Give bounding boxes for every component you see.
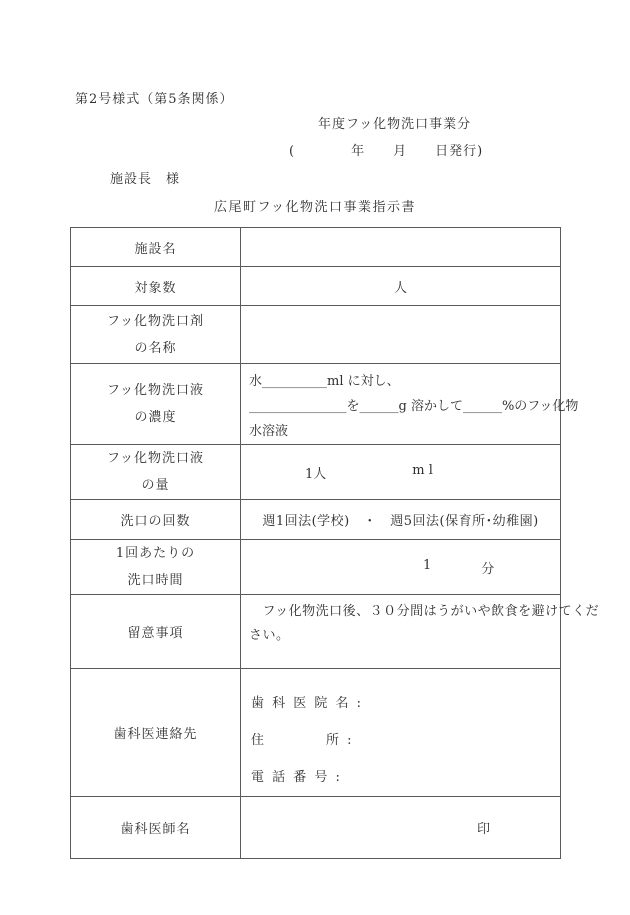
agent-name-field [241,306,561,364]
row-rinse-frequency: 洗口の回数 週1回法(学校) ・ 週5回法(保育所･幼稚園) [71,500,561,540]
row-target-count: 対象数 人 [71,267,561,306]
concentration-line2: _______________を______g 溶かして______%のフッ化物 [249,394,554,419]
notes-field: フッ化物洗口後、３０分間はうがいや飲食を避けてくだ さい。 [241,595,561,669]
fiscal-year-line: 年度フッ化物洗口事業分 [318,113,471,132]
row-solution-concentration: フッ化物洗口液 の濃度 水__________ml に対し、 _________… [71,364,561,445]
concentration-field: 水__________ml に対し、 _______________を_____… [241,364,561,445]
concentration-label: フッ化物洗口液 の濃度 [71,364,241,445]
row-dentist-name: 歯科医師名 印 [71,797,561,859]
agent-name-label: フッ化物洗口剤 の名称 [71,306,241,364]
duration-label-line2: 洗口時間 [71,567,240,594]
amount-per-person: 1人 [305,463,326,482]
duration-field: 1 分 [241,540,561,595]
row-dentist-contact: 歯科医連絡先 歯 科 医 院 名 : 住 所 : 電 話 番 号 : [71,669,561,797]
concentration-label-line2: の濃度 [71,404,240,431]
dentist-name-label: 歯科医師名 [71,797,241,859]
dentist-contact-field: 歯 科 医 院 名 : 住 所 : 電 話 番 号 : [241,669,561,797]
notes-line1: フッ化物洗口後、３０分間はうがいや飲食を避けてくだ [249,600,552,624]
amount-field: 1人 m l [241,445,561,500]
facility-name-label: 施設名 [71,228,241,267]
row-rinse-duration: 1回あたりの 洗口時間 1 分 [71,540,561,595]
amount-unit: m l [412,463,433,482]
agent-name-label-line1: フッ化物洗口剤 [71,308,240,335]
concentration-label-line1: フッ化物洗口液 [71,377,240,404]
row-agent-name: フッ化物洗口剤 の名称 [71,306,561,364]
form-number: 第2号様式（第5条関係） [75,88,234,107]
page-title: 広尾町フッ化物洗口事業指示書 [0,196,630,215]
row-facility-name: 施設名 [71,228,561,267]
duration-label-line1: 1回あたりの [71,540,240,567]
amount-label: フッ化物洗口液 の量 [71,445,241,500]
dentist-phone-line: 電 話 番 号 : [251,759,560,796]
document-page: 第2号様式（第5条関係） 年度フッ化物洗口事業分 ( 年 月 日発行) 施設長 … [0,0,630,915]
facility-name-field [241,228,561,267]
target-count-label: 対象数 [71,267,241,306]
notes-label: 留意事項 [71,595,241,669]
dentist-contact-label: 歯科医連絡先 [71,669,241,797]
notes-line2: さい。 [249,624,552,648]
frequency-field: 週1回法(学校) ・ 週5回法(保育所･幼稚園) [241,500,561,540]
addressee: 施設長 様 [110,168,180,187]
target-count-field: 人 [241,267,561,306]
amount-label-line2: の量 [71,472,240,499]
dentist-name-field: 印 [241,797,561,859]
amount-label-line1: フッ化物洗口液 [71,445,240,472]
seal-mark: 印 [477,822,490,837]
concentration-line1: 水__________ml に対し、 [249,369,554,394]
duration-label: 1回あたりの 洗口時間 [71,540,241,595]
duration-unit: 分 [481,558,494,577]
row-notes: 留意事項 フッ化物洗口後、３０分間はうがいや飲食を避けてくだ さい。 [71,595,561,669]
issue-date-line: ( 年 月 日発行) [289,140,483,159]
amount-values: 1人 m l [241,463,560,482]
dentist-address-line: 住 所 : [251,722,560,759]
row-solution-amount: フッ化物洗口液 の量 1人 m l [71,445,561,500]
concentration-line3: 水溶液 [249,419,554,444]
frequency-label: 洗口の回数 [71,500,241,540]
duration-number: 1 [423,558,431,577]
dentist-clinic-name-line: 歯 科 医 院 名 : [251,685,560,722]
instruction-table: 施設名 対象数 人 フッ化物洗口剤 の名称 フッ化物洗口液 の濃度 [70,227,561,859]
duration-values: 1 分 [241,558,560,577]
agent-name-label-line2: の名称 [71,335,240,362]
